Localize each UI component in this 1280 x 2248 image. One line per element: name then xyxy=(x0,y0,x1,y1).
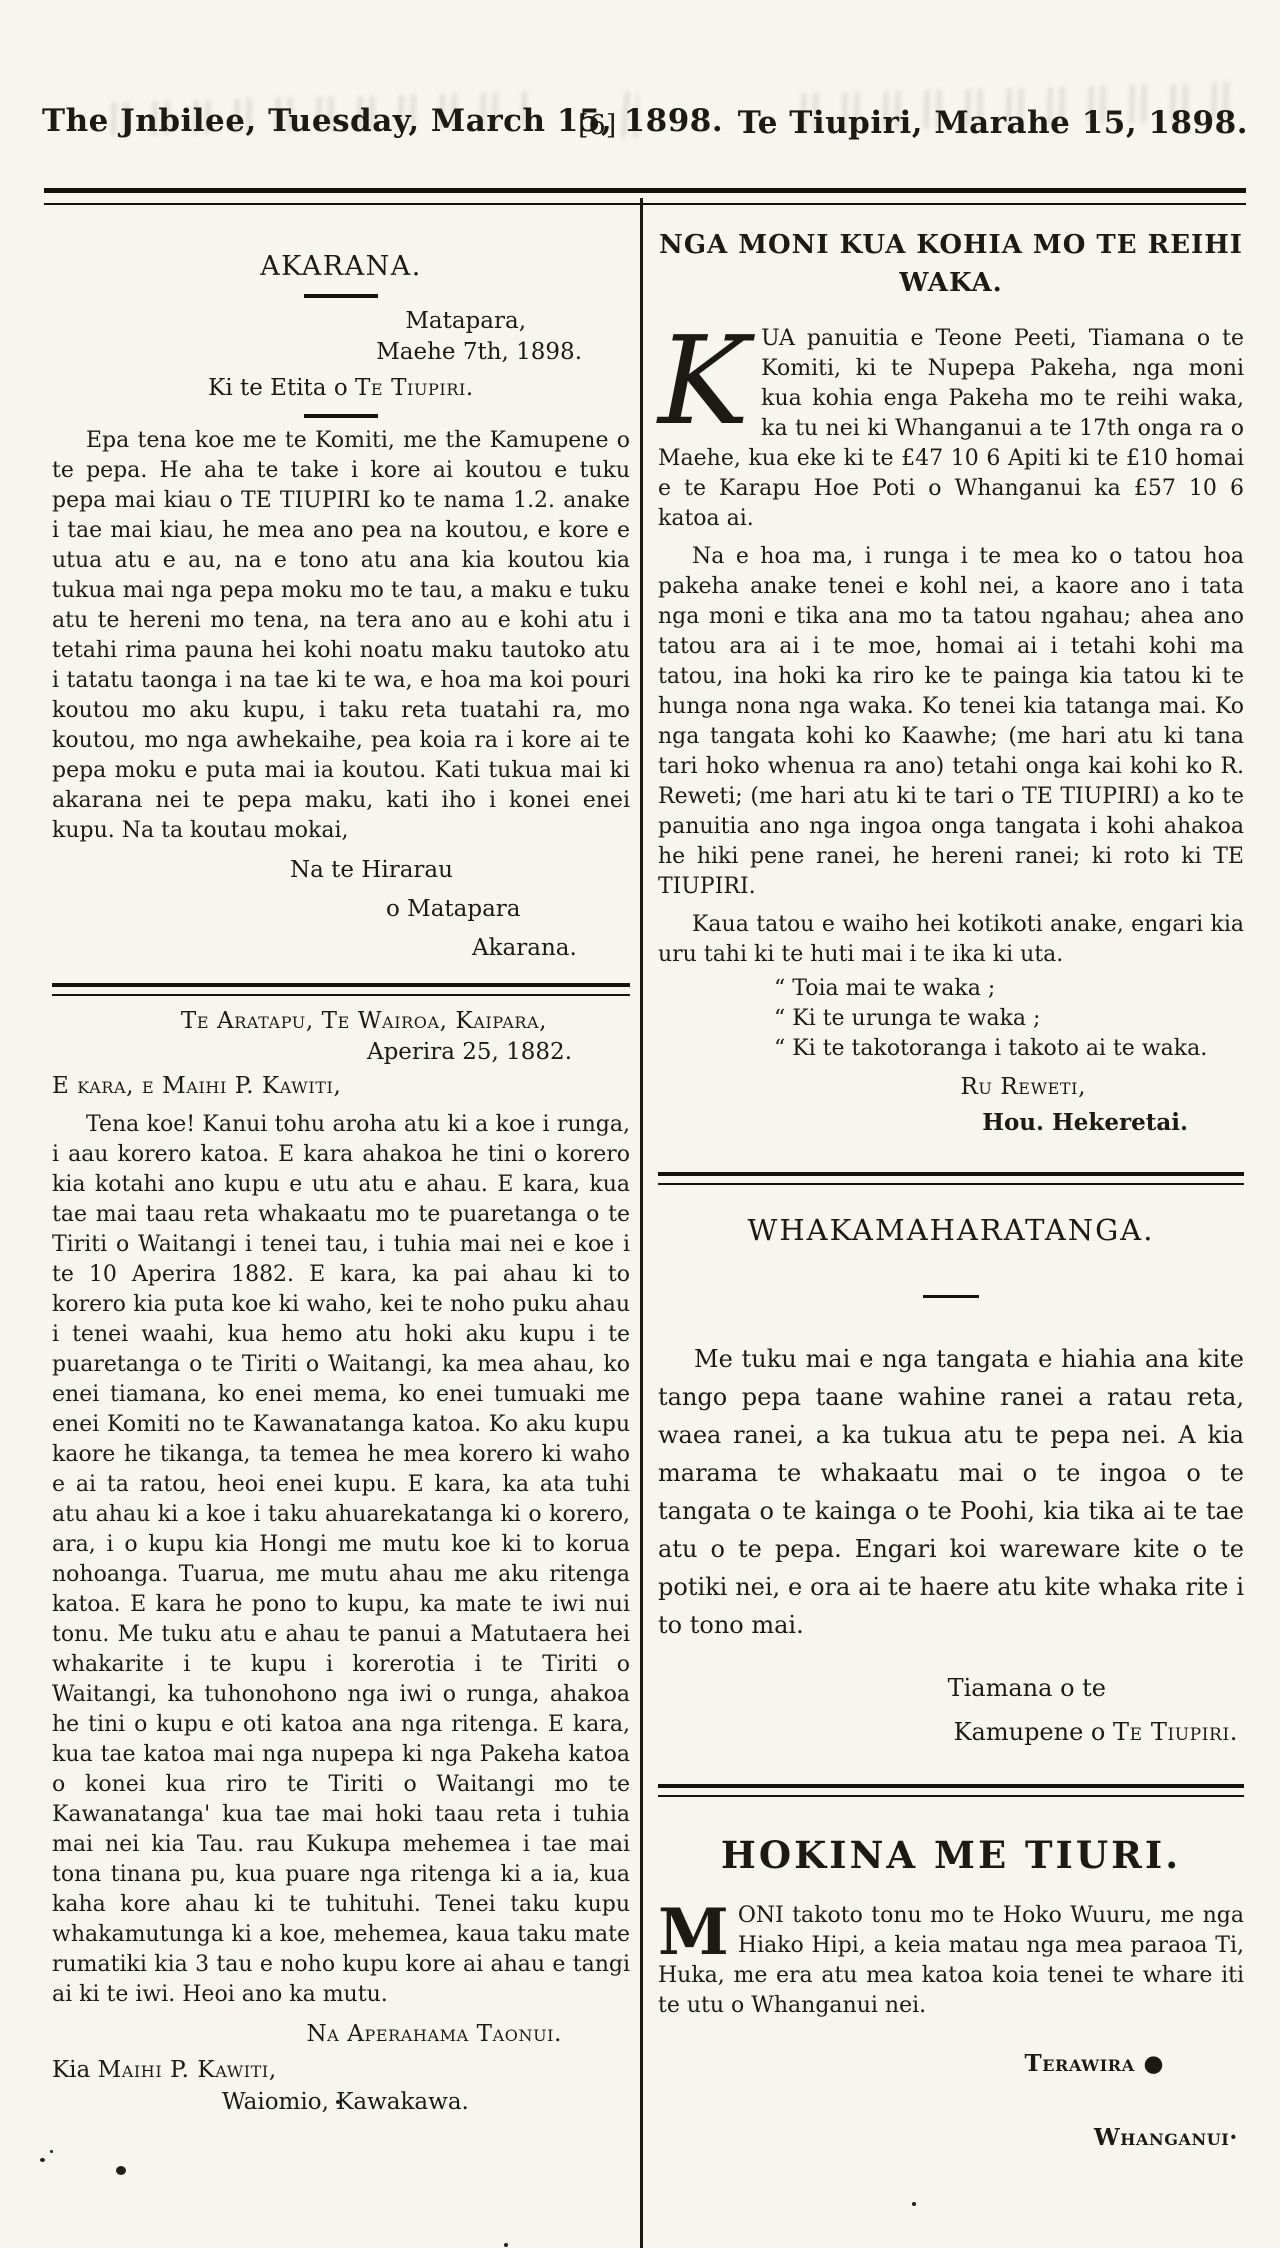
title-line-1: NGA MONI KUA KOHIA MO TE REIHI xyxy=(659,230,1243,260)
article-title: HOKINA ME TIURI. xyxy=(658,1833,1244,1877)
salutation: Ki te Etita o Te Tiupiri. xyxy=(52,372,630,404)
ink-speck xyxy=(504,2243,508,2247)
left-column: AKARANA. Matapara, Maehe 7th, 1898. Ki t… xyxy=(52,214,630,2117)
article-title: WHAKAMAHARATANGA. xyxy=(658,1213,1244,1247)
dateline-place: Matapara, xyxy=(52,306,630,337)
header-rule xyxy=(44,188,1246,205)
section-divider xyxy=(658,1172,1244,1185)
signature-line: Kamupene o Te Tiupiri. xyxy=(658,1716,1244,1748)
signature-line: Tiamana o te xyxy=(658,1672,1244,1704)
signature-line: Hou. Hekeretai. xyxy=(658,1108,1244,1138)
letter-body: Tena koe! Kanui tohu aroha atu ki a koe … xyxy=(52,1110,630,2010)
salutation-text: Ki te Etita o xyxy=(208,375,355,401)
newspaper-page: The Jnbilee, Tuesday, March 15, 1898. [6… xyxy=(0,0,1280,2248)
article-aratapu: Te Aratapu, Te Wairoa, Kaipara, Aperira … xyxy=(52,1006,630,2117)
signature-line: Terawira ● xyxy=(658,2049,1244,2079)
addressee-line: Kia Maihi P. Kawiti, xyxy=(52,2055,630,2085)
ink-speck xyxy=(50,2150,53,2153)
article-title: AKARANA. xyxy=(52,250,630,284)
ink-speck xyxy=(336,2100,340,2104)
dateline-date: Maehe 7th, 1898. xyxy=(52,337,630,368)
masthead-right: Te Tiupiri, Marahe 15, 1898. xyxy=(738,105,1248,141)
addressee-text: Kia xyxy=(52,2057,98,2083)
article-akarana: AKARANA. Matapara, Maehe 7th, 1898. Ki t… xyxy=(52,250,630,963)
signature-line: Akarana. xyxy=(52,933,630,963)
article-reihi-waka: NGA MONI KUA KOHIA MO TE REIHI WAKA. KUA… xyxy=(658,226,1244,1138)
column-divider-rule xyxy=(640,198,643,2248)
verse-line: “ Ki te takotoranga i takoto ai te waka. xyxy=(774,1034,1244,1064)
letter-body: Epa tena koe me te Komiti, me the Kamupe… xyxy=(52,426,630,846)
verse-line: “ Toia mai te waka ; xyxy=(774,974,1244,1004)
title-line-2: WAKA. xyxy=(899,268,1002,298)
signature-line: Na te Hirarau xyxy=(52,855,630,885)
article-hokina: HOKINA ME TIURI. MONI takoto tonu mo te … xyxy=(658,1833,1244,2153)
salutation-rule xyxy=(304,414,378,418)
drop-cap: K xyxy=(658,324,761,430)
dateline-date: Aperira 25, 1882. xyxy=(52,1037,630,1068)
page-number: [6] xyxy=(578,110,616,141)
article-body: Me tuku mai e nga tangata e hiahia ana k… xyxy=(658,1340,1244,1644)
addressee-smallcaps: Maihi P. Kawiti, xyxy=(98,2057,277,2083)
dateline-place: Te Aratapu, Te Wairoa, Kaipara, xyxy=(52,1006,630,1037)
signature-line: o Matapara xyxy=(52,894,630,924)
ink-speck xyxy=(40,2158,45,2162)
masthead-left: The Jnbilee, Tuesday, March 15, 1898. xyxy=(42,103,723,139)
drop-cap: M xyxy=(658,1901,738,1961)
verse-block: “ Toia mai te waka ; “ Ki te urunga te w… xyxy=(658,974,1244,1064)
article-paragraph: Kaua tatou e waiho hei kotikoti anake, e… xyxy=(658,910,1244,970)
ink-speck xyxy=(912,2202,916,2206)
salutation-smallcaps: Te Tiupiri. xyxy=(355,375,474,401)
article-body: MONI takoto tonu mo te Hoko Wuuru, me ng… xyxy=(658,1901,1244,2021)
title-rule xyxy=(304,294,378,298)
article-whakamaharatanga: WHAKAMAHARATANGA. Me tuku mai e nga tang… xyxy=(658,1213,1244,1748)
article-title: NGA MONI KUA KOHIA MO TE REIHI WAKA. xyxy=(658,226,1244,302)
salutation: E kara, e Maihi P. Kawiti, xyxy=(52,1070,630,1102)
right-column: NGA MONI KUA KOHIA MO TE REIHI WAKA. KUA… xyxy=(658,214,1244,2153)
article-paragraph: KUA panuitia e Teone Peeti, Tiamana o te… xyxy=(658,324,1244,534)
paragraph-text: ONI takoto tonu mo te Hoko Wuuru, me nga… xyxy=(658,1903,1244,2018)
signature-smallcaps: Te Tiupiri. xyxy=(1113,1718,1238,1746)
verse-line: “ Ki te urunga te waka ; xyxy=(774,1004,1244,1034)
signature-text: Kamupene o xyxy=(954,1718,1113,1746)
signature-line: Whanganui· xyxy=(658,2123,1244,2153)
addressee-place: Waiomio, Kawakawa. xyxy=(52,2087,630,2117)
article-paragraph: Na e hoa ma, i runga i te mea ko o tatou… xyxy=(658,542,1244,902)
signature-line: Ru Reweti, xyxy=(658,1072,1244,1102)
ink-speck xyxy=(116,2166,126,2175)
section-divider xyxy=(52,983,630,996)
signature-line: Na Aperahama Taonui. xyxy=(52,2019,630,2049)
title-rule xyxy=(923,1295,979,1298)
section-divider xyxy=(658,1784,1244,1797)
